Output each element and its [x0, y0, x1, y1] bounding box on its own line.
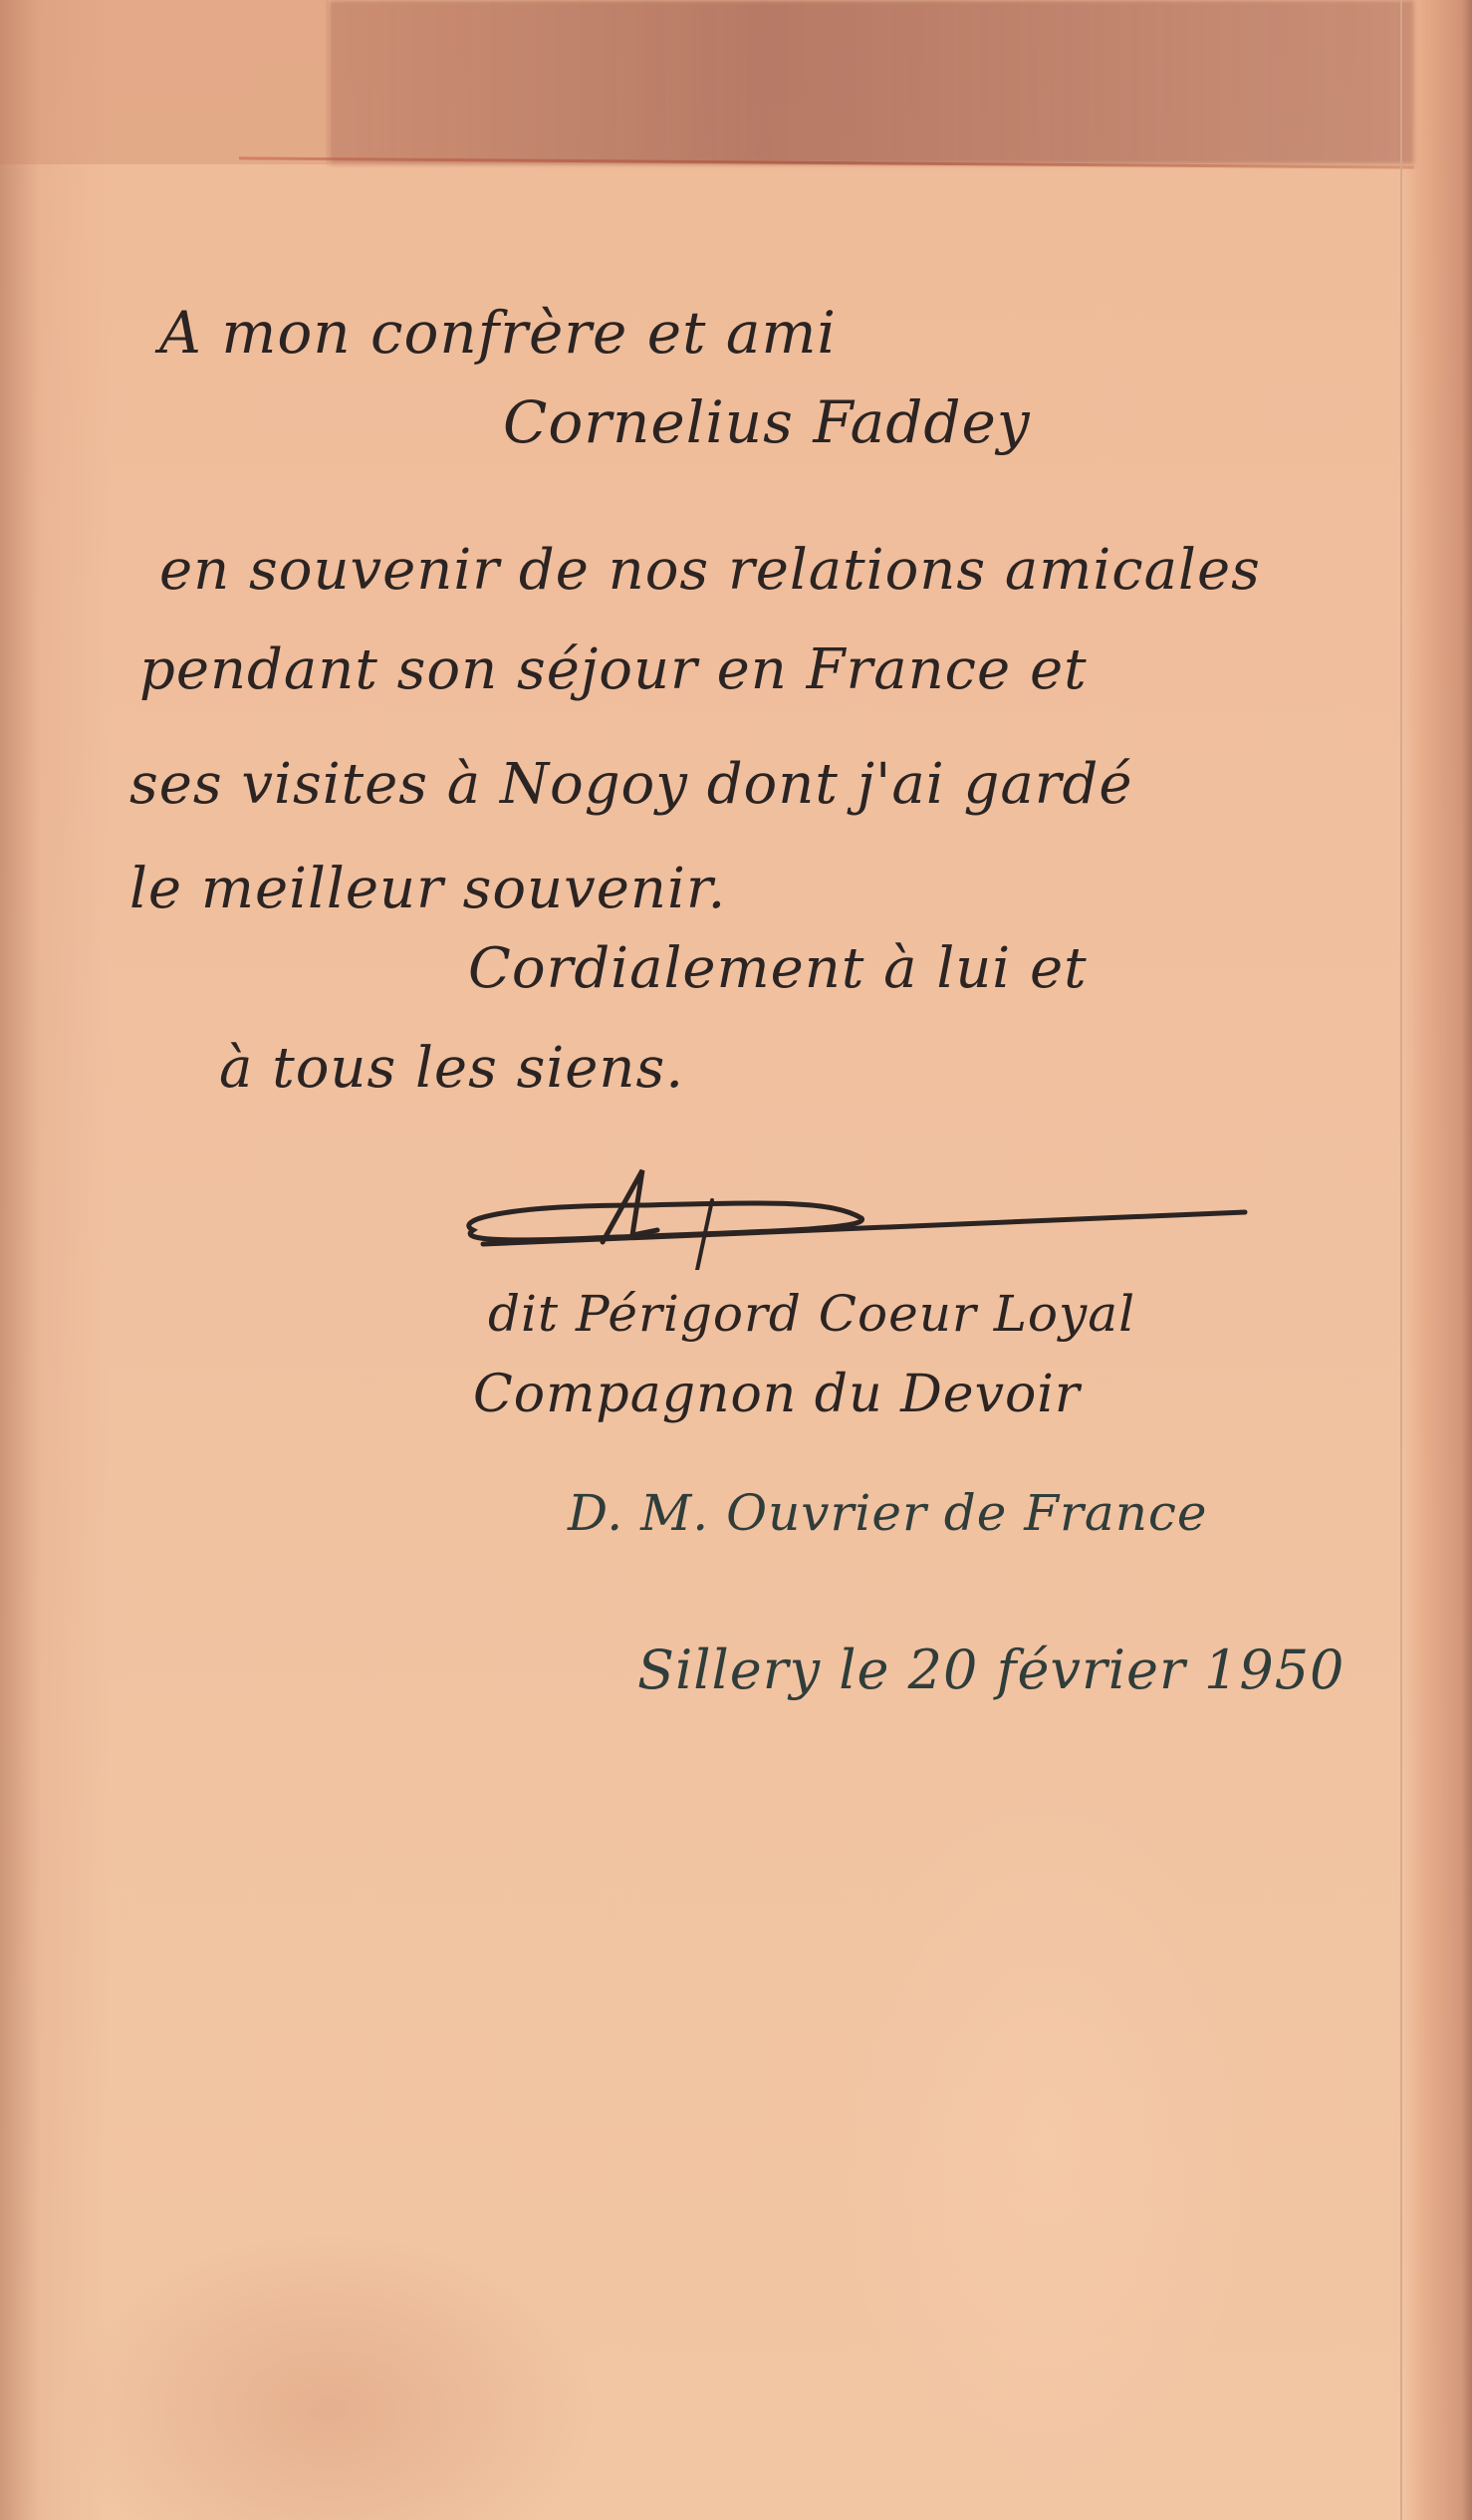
closing-line-1: Cordialement à lui et	[468, 936, 1088, 1001]
dedication-line-6: le meilleur souvenir.	[129, 857, 726, 921]
signature: Boyer	[443, 1160, 1260, 1270]
dedication-line-3: en souvenir de nos relations amicales	[159, 538, 1261, 603]
page-right-edge	[1400, 0, 1472, 2520]
dedication-line-4: pendant son séjour en France et	[139, 637, 1088, 702]
closing-line-2: à tous les siens.	[219, 1036, 684, 1101]
signature-flourish-icon	[443, 1160, 1260, 1270]
top-water-stain	[329, 0, 1414, 164]
signature-title-3: D. M. Ouvrier de France	[568, 1484, 1207, 1542]
dedication-line-1: A mon confrère et ami	[159, 299, 837, 367]
signature-title-1: dit Périgord Coeur Loyal	[488, 1285, 1135, 1343]
top-water-stain-left	[0, 0, 329, 164]
aged-paper-page: A mon confrère et ami Cornelius Faddey e…	[0, 0, 1472, 2520]
place-and-date: Sillery le 20 février 1950	[637, 1638, 1345, 1701]
signature-title-2: Compagnon du Devoir	[473, 1365, 1081, 1424]
recipient-name: Cornelius Faddey	[503, 388, 1031, 456]
dedication-line-5: ses visites à Nogoy dont j'ai gardé	[129, 752, 1132, 817]
